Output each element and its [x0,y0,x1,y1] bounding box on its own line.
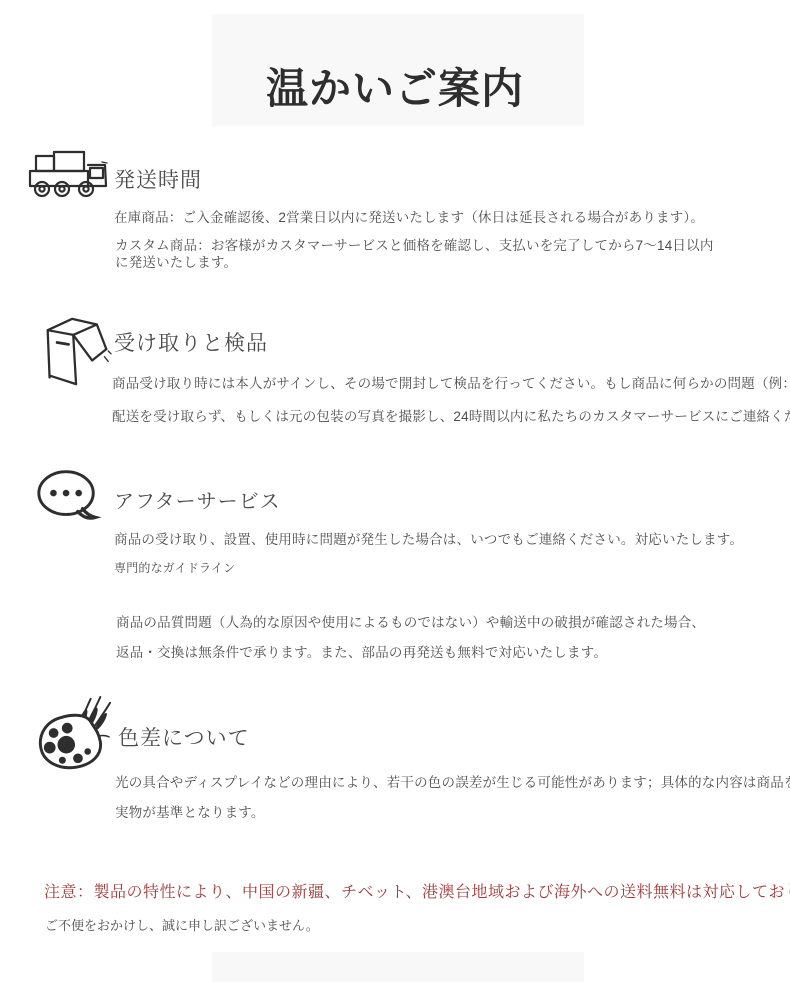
body-text: 返品・交換は無条件で承ります。また、部品の再発送も無料で対応いたします。 [116,641,607,661]
body-text: 商品の受け取り、設置、使用時に問題が発生した場合は、いつでもご連絡ください。対応… [114,528,743,548]
body-text: 商品の品質問題（人為的な原因や使用によるものではない）や輸送中の破損が確認された… [116,611,705,631]
body-text: 商品受け取り時には本人がサインし、その場で開封して検品を行ってください。もし商品… [112,372,790,392]
speech-bubble-icon [34,467,102,530]
product-guide-page: 温かいご案内 発送時間 在庫商品：ご入金確認後、2営業日以内に発送いたします（休… [0,0,790,982]
section-heading-shipping: 発送時間 [114,164,202,194]
body-text: 光の具合やディスプレイなどの理由により、若干の色の誤差が生じる可能性があります；… [115,771,790,791]
body-text: 実物が基準となります。 [115,801,265,821]
apology-text: ご不便をおかけし、誠に申し訳ございません。 [45,915,319,934]
page-title: 温かいご案内 [0,56,790,116]
section-heading-inspection: 受け取りと検品 [114,327,268,357]
body-text: 専門的なガイドライン [114,559,235,576]
palette-icon [34,696,118,775]
shipping-warning-text: 注意：製品の特性により、中国の新疆、チベット、港澳台地域および海外への送料無料は… [44,879,790,902]
body-text: 配送を受け取らず、もしくは元の包装の写真を撮影し、24時間以内に私たちのカスタマ… [112,405,790,425]
section-heading-color: 色差について [118,722,250,752]
truck-icon [28,147,108,202]
box-icon [42,312,112,395]
bottom-background-band [212,952,584,982]
body-text: 在庫商品：ご入金確認後、2営業日以内に発送いたします（休日は延長される場合があり… [114,206,704,226]
body-text: に発送いたします。 [115,251,237,271]
section-heading-aftersales: アフターサービス [114,485,281,514]
